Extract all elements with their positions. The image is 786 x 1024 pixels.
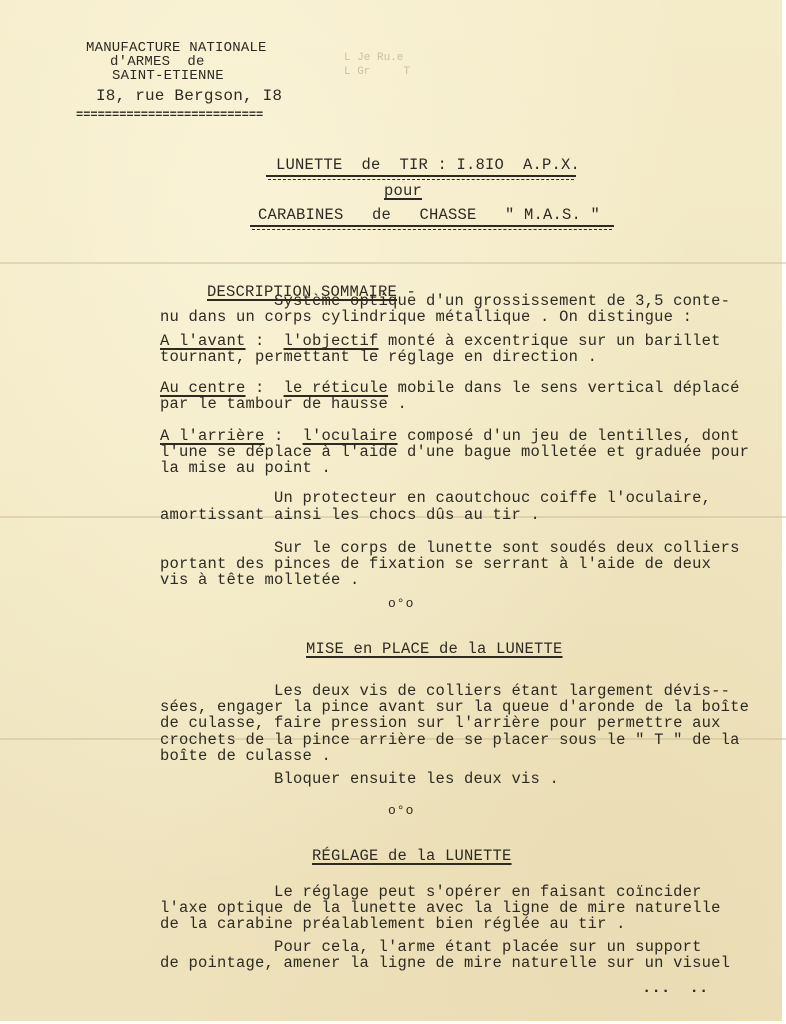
title-underline-secondary — [268, 179, 574, 180]
ornament-divider: o°o — [388, 803, 414, 818]
subtitle-underline — [250, 225, 614, 227]
letterhead-line-3: SAINT-ETIENNE — [112, 68, 224, 84]
description-intro-line-2: nu dans un corps cylindrique métallique … — [160, 309, 692, 326]
stamp-line-1: L Je Ru.e — [344, 52, 403, 65]
letterhead-address: I8, rue Bergson, I8 — [96, 88, 282, 105]
section-heading-adjustment: RÉGLAGE de la LUNETTE — [312, 848, 512, 865]
section-heading-mounting: MISE en PLACE de la LUNETTE — [306, 641, 563, 658]
collars-line-3: vis à tête molletée . — [160, 572, 360, 589]
mounting-line-6: Bloquer ensuite les deux vis . — [160, 771, 559, 788]
stamp-line-2: L Gr T — [344, 66, 410, 79]
mounting-line-3: de culasse, faire pression sur l'arrière… — [160, 715, 721, 732]
protector-line-1: Un protecteur en caoutchouc coiffe l'ocu… — [160, 490, 711, 507]
adjustment-line-3: de la carabine préalablement bien réglée… — [160, 916, 626, 933]
letterhead-rule: ========================== — [76, 108, 263, 122]
document-page: MANUFACTURE NATIONALE d'ARMES de SAINT-E… — [0, 0, 786, 1024]
item-rear-cont-2: la mise au point . — [160, 460, 331, 477]
title-line-1: LUNETTE de TIR : I.8IO A.P.X. — [276, 157, 580, 174]
mounting-line-5: boîte de culasse . — [160, 748, 331, 765]
paper-fold — [0, 262, 786, 264]
protector-line-2: amortissant ainsi les chocs dûs au tir . — [160, 507, 540, 524]
ornament-divider: o°o — [388, 596, 414, 611]
subtitle-underline-secondary — [252, 229, 612, 230]
item-front-cont: tournant, permettant le réglage en direc… — [160, 349, 597, 366]
title-underline — [266, 175, 576, 177]
scan-edge-right — [782, 0, 786, 1024]
continuation-marker: ... .. — [642, 980, 709, 997]
title-line-3: CARABINES de CHASSE " M.A.S. " — [258, 207, 600, 224]
item-center-cont: par le tambour de hausse . — [160, 396, 407, 413]
title-line-2: pour — [384, 183, 422, 200]
adjustment-line-5: de pointage, amener la ligne de mire nat… — [160, 955, 730, 972]
